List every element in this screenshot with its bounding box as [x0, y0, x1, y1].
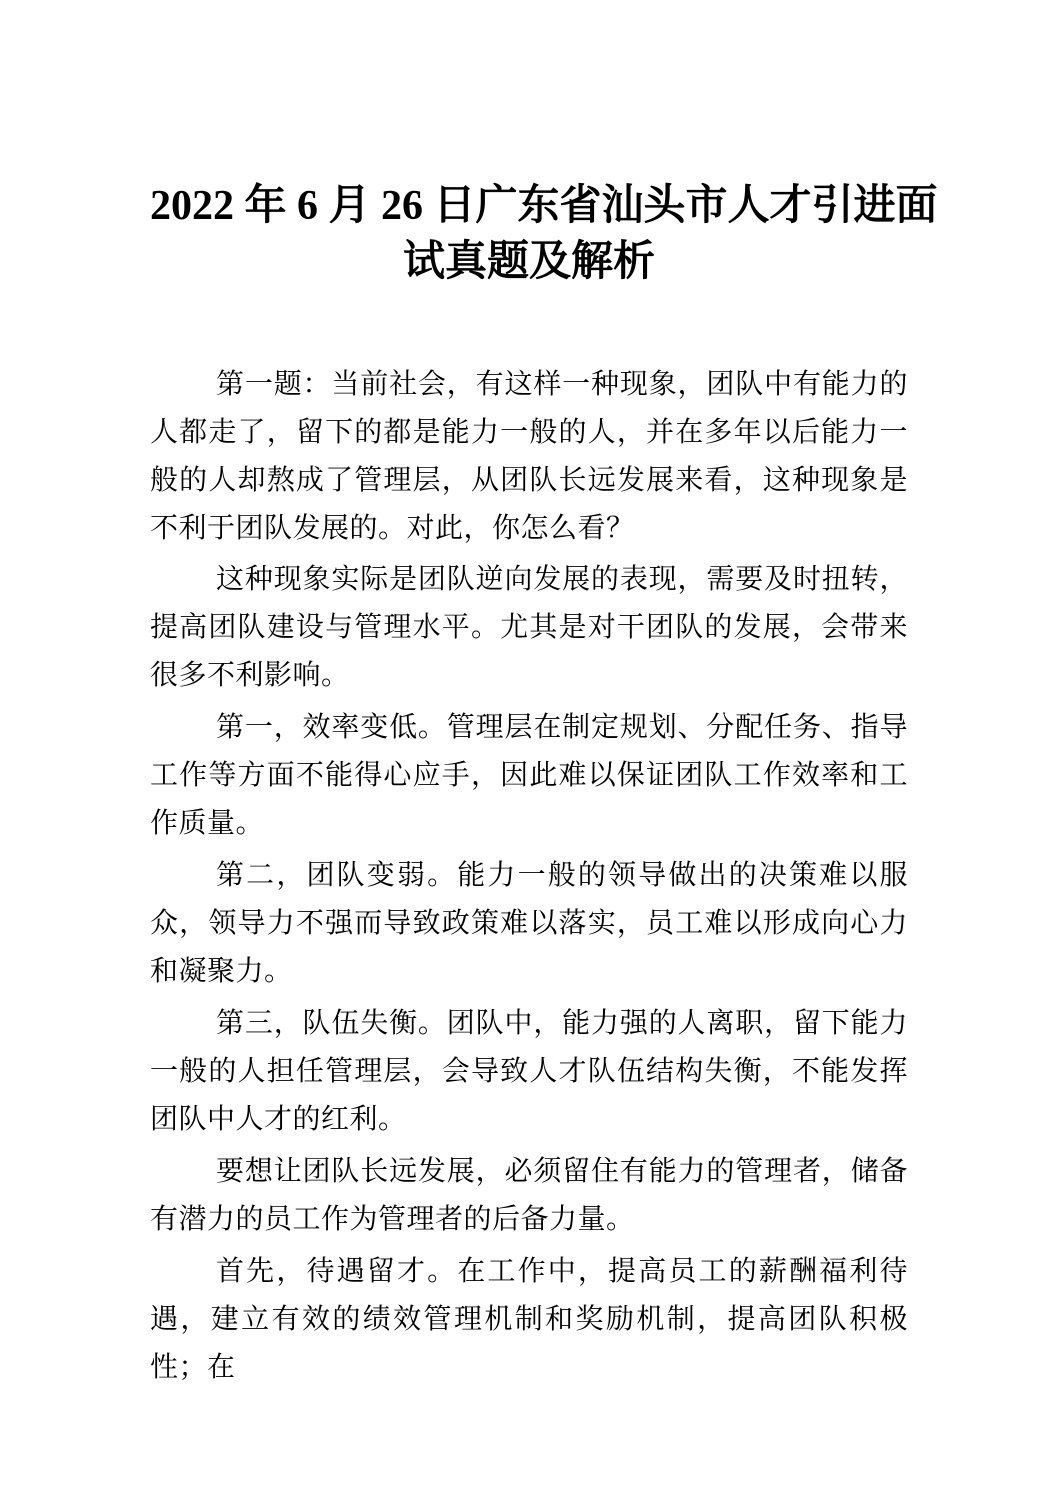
document-title: 2022 年 6 月 26 日广东省汕头市人才引进面 试真题及解析 — [150, 178, 908, 290]
paragraph-answer-measure-1: 首先，待遇留才。在工作中，提高员工的薪酬福利待遇，建立有效的绩效管理机制和奖励机… — [150, 1248, 908, 1392]
paragraph-answer-point-2: 第二，团队变弱。能力一般的领导做出的决策难以服众，领导力不强而导致政策难以落实，… — [150, 852, 908, 996]
paragraph-answer-point-1: 第一，效率变低。管理层在制定规划、分配任务、指导工作等方面不能得心应手，因此难以… — [150, 704, 908, 848]
paragraph-answer-point-3: 第三，队伍失衡。团队中，能力强的人离职，留下能力一般的人担任管理层，会导致人才队… — [150, 1000, 908, 1144]
paragraph-question-1: 第一题：当前社会，有这样一种现象，团队中有能力的人都走了，留下的都是能力一般的人… — [150, 360, 908, 552]
paragraph-answer-intro: 这种现象实际是团队逆向发展的表现，需要及时扭转，提高团队建设与管理水平。尤其是对… — [150, 556, 908, 700]
paragraph-answer-transition: 要想让团队长远发展，必须留住有能力的管理者，储备有潜力的员工作为管理者的后备力量… — [150, 1148, 908, 1244]
document-page: 2022 年 6 月 26 日广东省汕头市人才引进面 试真题及解析 第一题：当前… — [0, 0, 1058, 1497]
document-title-line-1: 2022 年 6 月 26 日广东省汕头市人才引进面 — [150, 178, 908, 234]
document-title-line-2: 试真题及解析 — [150, 234, 908, 290]
